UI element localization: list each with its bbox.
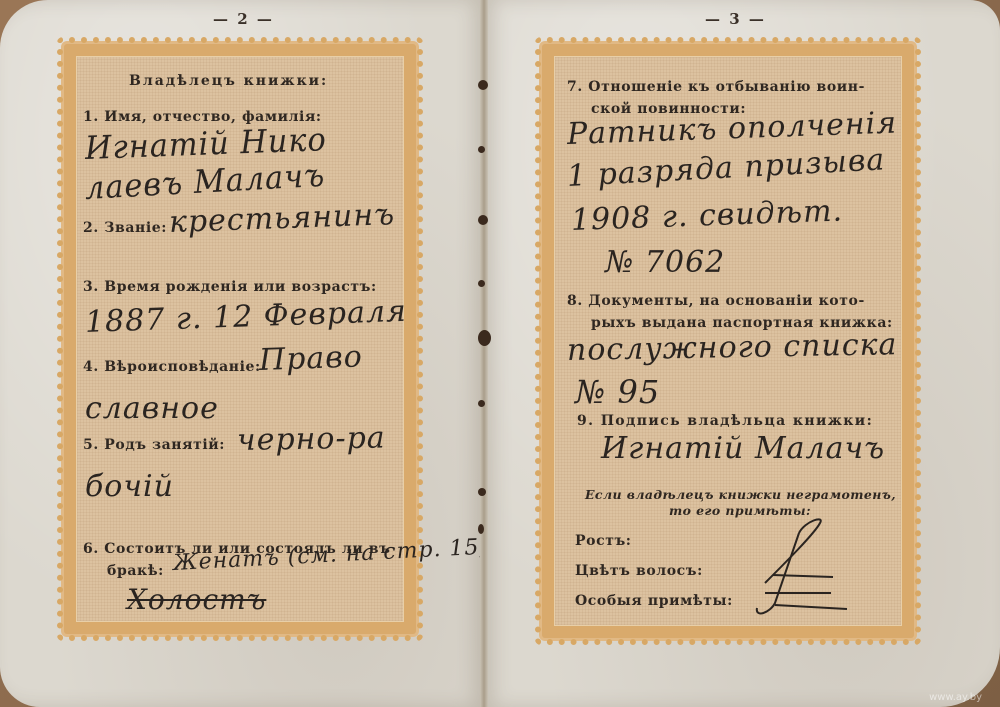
hair-color-label: Цвѣтъ волосъ: <box>575 563 703 579</box>
left-form-frame: Владѣлецъ книжки: 1. Имя, отчество, фами… <box>64 44 416 634</box>
field-rank-value: крестьянинъ <box>168 197 395 240</box>
field-occupation-value-line1: черно-ра <box>237 420 386 458</box>
field-military-value-line3: 1908 г. свидѣт. <box>570 194 843 238</box>
owner-signature: Игнатій Малачъ <box>601 431 885 466</box>
field-rank-label: 2. Званіе: <box>83 220 167 236</box>
page-number-left: — 2 — <box>213 10 274 28</box>
field-occupation-value-line2: бочій <box>85 469 174 504</box>
stitch-hole <box>478 146 485 153</box>
book-spine <box>480 0 488 707</box>
stitch-hole <box>478 280 485 287</box>
field-birth-label: 3. Время рожденія или возрастъ: <box>83 279 377 295</box>
field-military-label-line1: 7. Отношеніе къ отбыванію воин- <box>567 79 865 95</box>
height-label: Ростъ: <box>575 533 632 549</box>
field-religion-value-line2: славное <box>85 391 219 426</box>
owner-heading: Владѣлецъ книжки: <box>129 73 328 89</box>
field-religion-label: 4. Вѣроисповѣданіе: <box>83 359 261 375</box>
right-page: — 3 — 7. Отношеніе къ отбыванію воин- ск… <box>484 0 1000 707</box>
illiterate-note-line1: Если владѣлецъ книжки неграмотенъ, <box>585 487 895 502</box>
field-documents-value-line1: послужного списка <box>567 327 898 368</box>
marks-crossed-out-stroke <box>735 513 875 623</box>
field-military-value-line4: № 7062 <box>605 245 725 280</box>
field-occupation-label: 5. Родъ занятій: <box>83 437 225 453</box>
left-page: — 2 — Владѣлецъ книжки: 1. Имя, отчество… <box>0 0 484 707</box>
passport-book: — 2 — Владѣлецъ книжки: 1. Имя, отчество… <box>0 0 1000 707</box>
field-birth-value: 1887 г. 12 Февраля <box>84 294 407 340</box>
field-documents-value-line2: № 95 <box>575 373 660 411</box>
stitch-hole <box>478 80 488 90</box>
field-religion-value-line1: Право <box>258 339 363 378</box>
stitch-hole <box>478 215 488 225</box>
stitch-hole <box>478 400 485 407</box>
special-marks-label: Особыя примѣты: <box>575 593 733 609</box>
field-marriage-struck-value: Холостъ <box>127 583 266 616</box>
field-documents-label-line1: 8. Документы, на основаніи кото- <box>567 293 865 309</box>
right-form-panel: 7. Отношеніе къ отбыванію воин- ской пов… <box>554 56 902 626</box>
stitch-hole <box>478 524 484 534</box>
stitch-hole <box>478 330 491 346</box>
field-signature-label: 9. Подпись владѣльца книжки: <box>577 413 873 429</box>
field-marriage-label-line2: бракѣ: <box>107 563 164 579</box>
stitch-hole <box>478 488 486 496</box>
watermark: www.ay.by <box>929 692 982 703</box>
page-number-right: — 3 — <box>705 10 766 28</box>
left-form-panel: Владѣлецъ книжки: 1. Имя, отчество, фами… <box>76 56 404 622</box>
right-form-frame: 7. Отношеніе къ отбыванію воин- ской пов… <box>542 44 914 638</box>
